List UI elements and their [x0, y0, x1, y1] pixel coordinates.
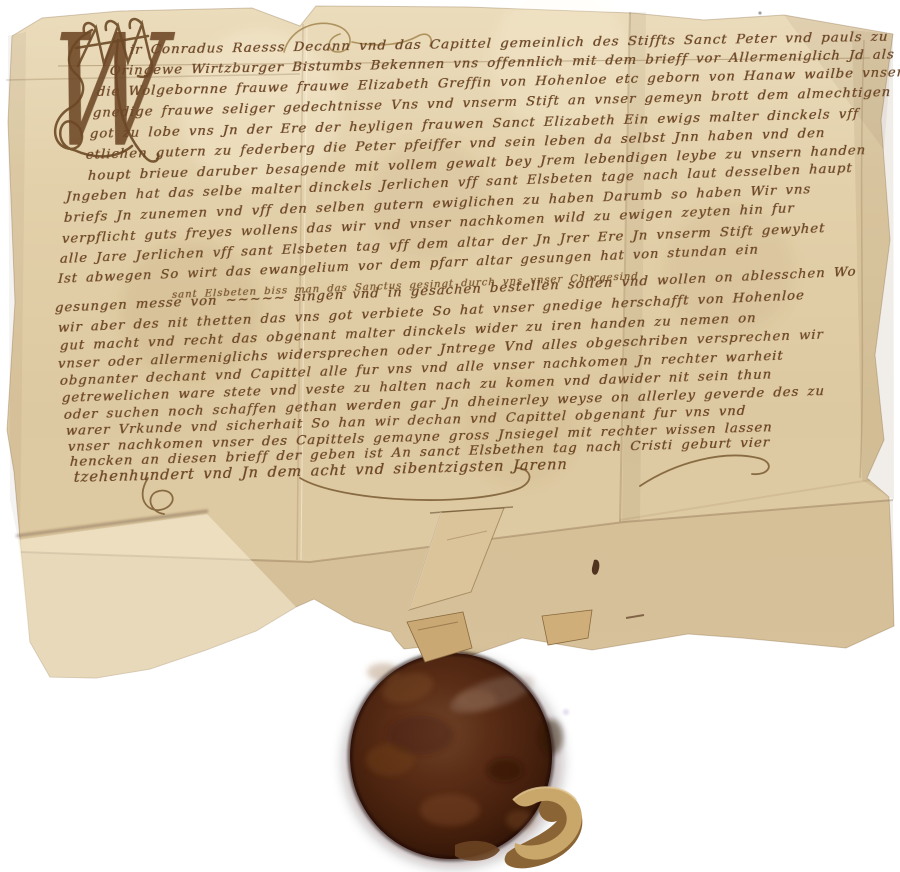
charter-photograph: W ir Conradus Raesss Decann vnd das Capi… — [0, 0, 900, 872]
seal-glint — [563, 709, 569, 715]
